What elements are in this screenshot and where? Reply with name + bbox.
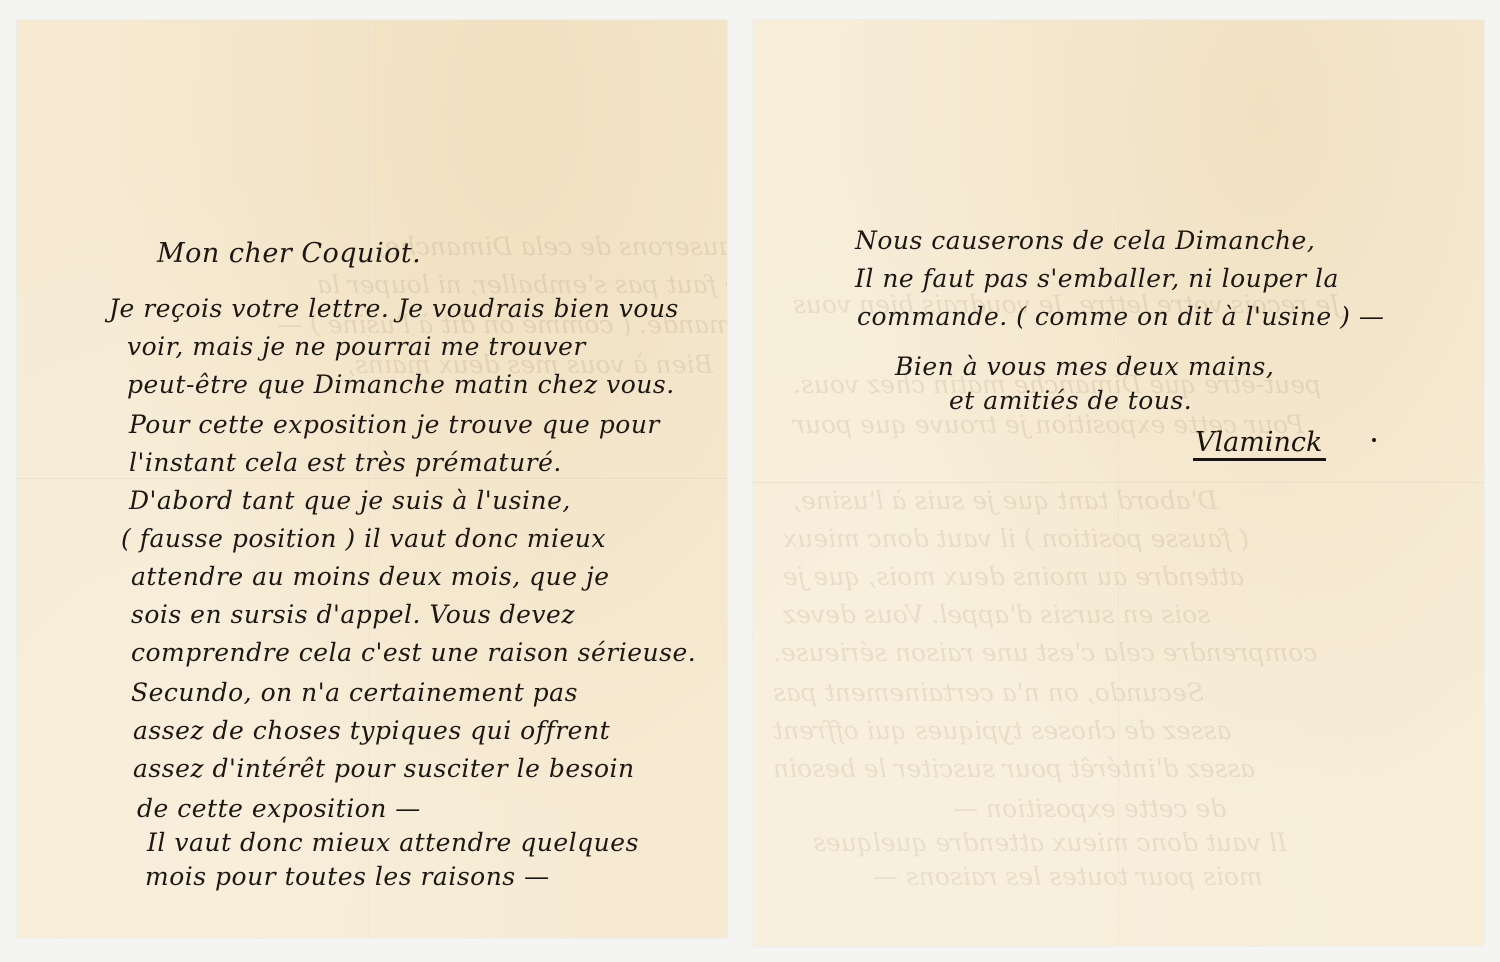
- show-through-text: D'abord tant que je suis à l'usine,: [793, 486, 1217, 515]
- letter-line: D'abord tant que je suis à l'usine,: [129, 486, 571, 515]
- show-through-text: mois pour toutes les raisons —: [873, 862, 1263, 891]
- letter-line: l'instant cela est très prématuré.: [129, 448, 562, 477]
- letter-line: Je reçois votre lettre. Je voudrais bien…: [109, 294, 679, 323]
- signature-dot: [1372, 438, 1376, 442]
- letter-line: Nous causerons de cela Dimanche,: [855, 226, 1315, 255]
- letter-line: mois pour toutes les raisons —: [145, 862, 550, 891]
- letter-greeting: Mon cher Coquiot.: [157, 238, 421, 269]
- show-through-text: assez de choses typiques qui offrent: [773, 716, 1231, 745]
- show-through-text: comprendre cela c'est une raison sérieus…: [773, 638, 1317, 667]
- letter-line: assez d'intérêt pour susciter le besoin: [133, 754, 635, 783]
- show-through-text: de cette exposition —: [953, 794, 1226, 823]
- letter-line: Pour cette exposition je trouve que pour: [129, 410, 660, 439]
- letter-line: assez de choses typiques qui offrent: [133, 716, 610, 745]
- letter-line: Il ne faut pas s'emballer, ni louper la: [855, 264, 1339, 293]
- show-through-text: attendre au moins deux mois, que je: [783, 562, 1244, 591]
- show-through-text: assez d'intérêt pour susciter le besoin: [773, 754, 1255, 783]
- show-through-text: Il vaut donc mieux attendre quelques: [813, 828, 1287, 857]
- letter-line: de cette exposition —: [137, 794, 421, 823]
- letter-line: Secundo, on n'a certainement pas: [131, 678, 578, 707]
- letter-line: commande. ( comme on dit à l'usine ) —: [857, 302, 1384, 331]
- letter-closing: Bien à vous mes deux mains,: [895, 352, 1274, 381]
- letter-line: ( fausse position ) il vaut donc mieux: [121, 524, 606, 553]
- letter-page-left: Nous causerons de cela Dimanche, Il ne f…: [17, 20, 727, 938]
- show-through-text: sois en sursis d'appel. Vous devez: [783, 600, 1210, 629]
- letter-closing: et amitiés de tous.: [949, 386, 1192, 415]
- letter-page-right: Je reçois votre lettre. Je voudrais bien…: [753, 20, 1484, 946]
- letter-line: attendre au moins deux mois, que je: [131, 562, 610, 591]
- letter-line: Il vaut donc mieux attendre quelques: [147, 828, 639, 857]
- letter-line: comprendre cela c'est une raison sérieus…: [131, 638, 696, 667]
- show-through-text: ( fausse position ) il vaut donc mieux: [783, 524, 1249, 553]
- paper-fold-horizontal: [17, 478, 727, 480]
- letter-line: sois en sursis d'appel. Vous devez: [131, 600, 575, 629]
- letter-line: peut-être que Dimanche matin chez vous.: [127, 370, 675, 399]
- show-through-text: Nous causerons de cela Dimanche,: [377, 232, 727, 261]
- letter-line: voir, mais je ne pourrai me trouver: [127, 332, 586, 361]
- show-through-text: Secundo, on n'a certainement pas: [773, 678, 1204, 707]
- signature: Vlaminck: [1193, 428, 1326, 461]
